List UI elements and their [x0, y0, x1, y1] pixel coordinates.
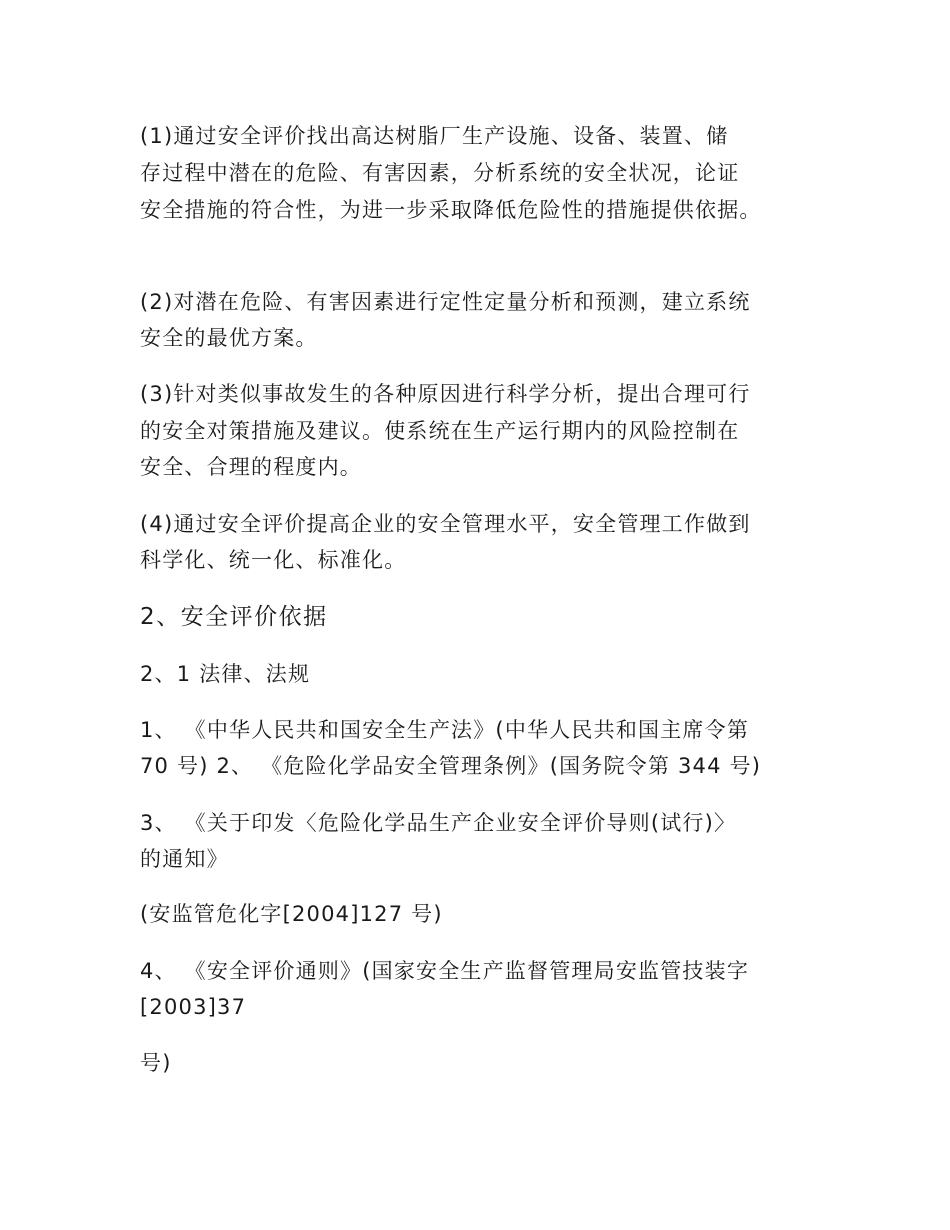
objective-2-line-1: (2)对潜在危险、有害因素进行定性定量分析和预测，建立系统	[140, 288, 751, 316]
objective-3-line-1: (3)针对类似事故发生的各种原因进行科学分析，提出合理可行	[140, 380, 751, 408]
reference-line: 4、 《安全评价通则》(国家安全生产监督管理局安监管技装字	[140, 957, 749, 985]
reference-line: 1、 《中华人民共和国安全生产法》(中华人民共和国主席令第	[140, 716, 749, 744]
objective-4-line-2: 科学化、统一化、标准化。	[140, 546, 406, 574]
objective-2-line-2: 安全的最优方案。	[140, 324, 318, 352]
reference-line: [2003]37	[140, 993, 246, 1021]
objective-1-line-1: (1)通过安全评价找出高达树脂厂生产设施、设备、装置、储	[140, 122, 728, 150]
reference-line: 号)	[140, 1049, 172, 1077]
reference-line: 3、 《关于印发〈危险化学品生产企业安全评价导则(试行)〉	[140, 809, 736, 837]
reference-line: (安监管危化字[2004]127 号)	[140, 900, 443, 928]
section-heading: 2、安全评价依据	[140, 603, 328, 631]
objective-1-line-2: 存过程中潜在的危险、有害因素，分析系统的安全状况，论证	[140, 159, 739, 187]
objective-3-line-3: 安全、合理的程度内。	[140, 453, 362, 481]
reference-line: 70 号) 2、 《危险化学品安全管理条例》(国务院令第 344 号)	[140, 752, 761, 780]
objective-1-line-3: 安全措施的符合性，为进一步采取降低危险性的措施提供依据。	[140, 196, 762, 224]
reference-line: 的通知》	[140, 845, 229, 873]
subsection-heading: 2、1 法律、法规	[140, 660, 310, 688]
objective-3-line-2: 的安全对策措施及建议。使系统在生产运行期内的风险控制在	[140, 417, 739, 445]
objective-4-line-1: (4)通过安全评价提高企业的安全管理水平，安全管理工作做到	[140, 510, 751, 538]
